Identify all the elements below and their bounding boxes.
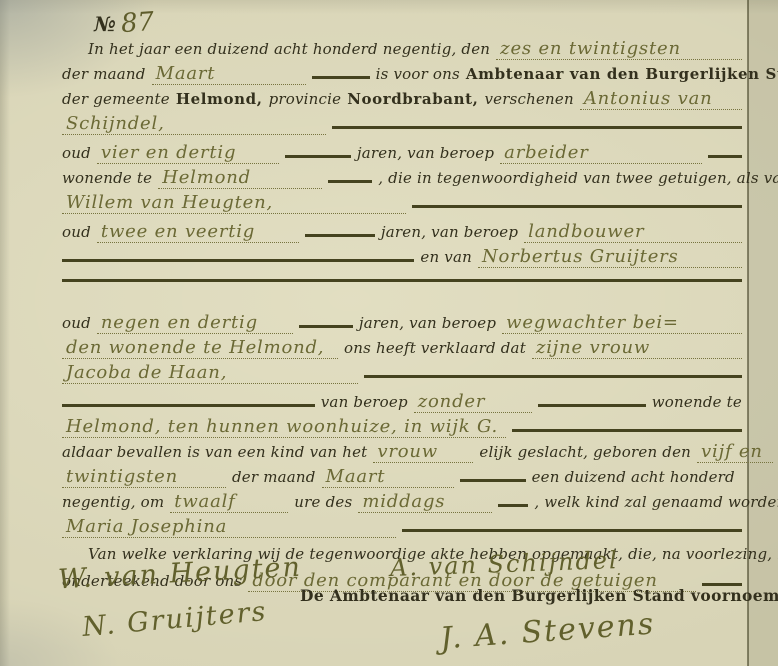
printed-text: Noordbrabant, [347,90,478,108]
form-line: en vanNorbertus Gruijters [62,246,742,271]
fill-rule [460,479,526,482]
printed-text: negentig, om [62,493,164,511]
certificate-content: № 87 In het jaar een duizend acht honder… [62,8,742,595]
signature-block: De Ambtenaar van den Burgerlijken Stand … [40,552,758,666]
form-line: oudnegen en dertigjaren, van beroepwegwa… [62,312,742,337]
handwritten-text: zonder [414,391,532,413]
handwritten-text: vijf en [697,441,773,463]
handwritten-text: twaalf [170,491,288,513]
fill-rule [328,180,372,183]
fill-rule [498,504,528,507]
printed-text: wonende te [652,393,742,411]
printed-text: aldaar bevallen is van een kind van het [62,443,367,461]
printed-text: der gemeente [62,90,170,108]
handwritten-text: Schijndel, [62,113,326,135]
printed-text: , welk kind zal genaamd worden [534,493,778,511]
handwritten-text: zijne vrouw [532,337,742,359]
handwritten-text: Jacoba de Haan, [62,362,358,384]
fill-rule [364,375,742,378]
form-line: aldaar bevallen is van een kind van hetv… [62,441,742,466]
printed-text: wonende te [62,169,152,187]
form-line: oudtwee en veertigjaren, van beroeplandb… [62,221,742,246]
printed-text: provincie [269,90,342,108]
signature: N. Gruijters [81,596,269,643]
handwritten-text: Norbertus Gruijters [478,246,742,268]
printed-text: Ambtenaar van den Burgerlijken Stand [466,65,778,83]
fill-rule [412,205,742,208]
printed-text: jaren, van beroep [381,223,518,241]
form-line [62,279,742,304]
handwritten-text: Maart [152,63,306,85]
form-line: der maandMaartis voor onsAmbtenaar van d… [62,63,742,88]
form-line: van beroepzonderwonende te [62,391,742,416]
handwritten-text: negen en dertig [97,312,293,334]
form-line: oudvier en dertigjaren, van beroeparbeid… [62,142,742,167]
printed-text: is voor ons [376,65,460,83]
printed-text: , die in tegenwoordigheid van twee getui… [378,169,778,187]
fill-rule [312,76,370,79]
handwritten-text: middags [358,491,492,513]
fill-rule [402,529,742,532]
handwritten-text: landbouwer [524,221,742,243]
handwritten-text: Helmond, ten hunnen woonhuize, in wijk G… [62,416,506,438]
handwritten-text: wegwachter bei= [502,312,742,334]
act-number-label: № [94,12,117,36]
fill-rule [538,404,646,407]
printed-text: jaren, van beroep [359,314,496,332]
form-line: wonende teHelmond, die in tegenwoordighe… [62,167,742,192]
printed-text: ons heeft verklaard dat [344,339,526,357]
fill-rule [299,325,353,328]
signature: W. van Heugten [57,552,302,596]
handwritten-text: twee en veertig [97,221,299,243]
printed-text: een duizend acht honderd [532,468,735,486]
handwritten-text: Maria Josephina [62,516,396,538]
handwritten-text: vier en dertig [97,142,279,164]
fill-rule [332,126,742,129]
printed-text: verschenen [484,90,573,108]
form-line: twintigstender maandMaarteen duizend ach… [62,466,742,491]
form-line: Willem van Heugten, [62,192,742,217]
printed-text: ure des [294,493,352,511]
printed-text: oud [62,223,91,241]
fill-rule [305,234,375,237]
signature: J. A. Stevens [439,607,656,657]
handwritten-text: den wonende te Helmond, [62,337,338,359]
form-line: Jacoba de Haan, [62,362,742,387]
handwritten-text: Maart [322,466,454,488]
form-line: Schijndel, [62,113,742,138]
act-number-value: 87 [120,7,155,39]
handwritten-text: zes en twintigsten [496,38,742,60]
fill-rule [62,279,742,282]
printed-text: der maand [62,65,146,83]
handwritten-text: Willem van Heugten, [62,192,406,214]
form-line: der gemeenteHelmond,provincieNoordbraban… [62,88,742,113]
fill-rule [708,155,742,158]
form-line: Helmond, ten hunnen woonhuize, in wijk G… [62,416,742,441]
printed-text: van beroep [321,393,408,411]
handwritten-text: twintigsten [62,466,226,488]
printed-text: In het jaar een duizend acht honderd neg… [88,40,490,58]
form-line: In het jaar een duizend acht honderd neg… [62,38,742,63]
form-line: negentig, omtwaalfure desmiddags, welk k… [62,491,742,516]
handwritten-text: Antonius van [580,88,742,110]
form-line: Maria Josephina [62,516,742,541]
officiant-title-line: De Ambtenaar van den Burgerlijken Stand … [300,586,778,605]
form-lines: In het jaar een duizend acht honderd neg… [62,38,742,595]
printed-text: jaren, van beroep [357,144,494,162]
handwritten-text: Helmond [158,167,322,189]
scanned-birth-certificate: № 87 In het jaar een duizend acht honder… [0,0,778,666]
handwritten-text: vrouw [373,441,473,463]
printed-text: Helmond, [176,90,263,108]
printed-text: en van [420,248,472,266]
fill-rule [62,404,315,407]
fill-rule [62,259,414,262]
printed-text: oud [62,144,91,162]
fill-rule [512,429,742,432]
form-line: den wonende te Helmond,ons heeft verklaa… [62,337,742,362]
printed-text: oud [62,314,91,332]
printed-text: elijk geslacht, geboren den [479,443,691,461]
fill-rule [285,155,351,158]
printed-text: der maand [232,468,316,486]
handwritten-text: arbeider [500,142,702,164]
signature: A. van Schijndel [390,546,620,582]
act-number-row: № 87 [62,8,742,38]
